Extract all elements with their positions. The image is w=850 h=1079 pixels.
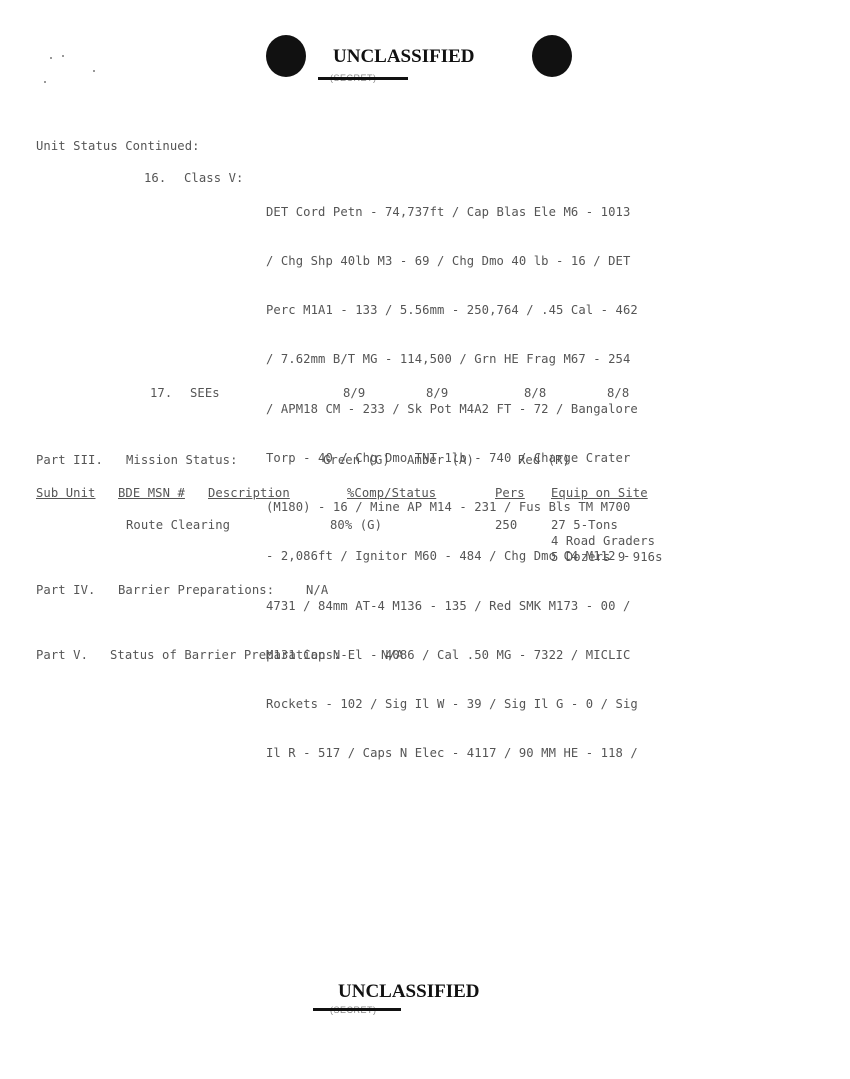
header-strikethrough [318, 77, 408, 80]
row-status: 80% (G) [330, 518, 382, 532]
item16-label: Class V: [184, 171, 244, 185]
row-equip-line: 5 Dozers 9 916s [551, 550, 663, 564]
part3-title: Mission Status: [126, 453, 238, 467]
row-equip-line: 27 5-Tons [551, 518, 618, 532]
row-equip-line: 4 Road Graders [551, 534, 655, 548]
section-title: Unit Status Continued: [36, 139, 200, 153]
col-header-sub-unit: Sub Unit [36, 486, 96, 500]
class-v-line: DET Cord Petn - 74,737ft / Cap Blas Ele … [266, 204, 686, 220]
class-v-line: / APM18 CM - 233 / Sk Pot M4A2 FT - 72 /… [266, 401, 686, 417]
item16-number: 16. [144, 171, 166, 185]
class-v-line: / Chg Shp 40lb M3 - 69 / Chg Dmo 40 lb -… [266, 253, 686, 269]
class-v-line: Perc M1A1 - 133 / 5.56mm - 250,764 / .45… [266, 302, 686, 318]
status-legend-red: Red (R) [518, 453, 570, 467]
col-header-status: %Comp/Status [347, 486, 436, 500]
footer-strikethrough [313, 1008, 401, 1011]
item17-value: 8/8 [607, 386, 629, 400]
class-v-line: / 7.62mm B/T MG - 114,500 / Grn HE Frag … [266, 351, 686, 367]
item17-value: 8/8 [524, 386, 546, 400]
classification-dot-left [266, 35, 306, 77]
scan-speck [44, 81, 46, 83]
footer-classification: UNCLASSIFIED [338, 981, 479, 1003]
item17-value: 8/9 [343, 386, 365, 400]
col-header-pers: Pers [495, 486, 525, 500]
col-header-bde-msn: BDE MSN # [118, 486, 185, 500]
item17-number: 17. [150, 386, 172, 400]
part4-title: Barrier Preparations: [118, 583, 274, 597]
part5-value: N/A [381, 648, 403, 662]
part5-title: Status of Barrier Preparations: [110, 648, 341, 662]
scan-speck [50, 57, 52, 59]
status-legend-green: Green (G) [323, 453, 390, 467]
status-legend-amber: Amber (A) [407, 453, 474, 467]
header-classification: UNCLASSIFIED [333, 46, 474, 68]
row-pers: 250 [495, 518, 517, 532]
class-v-list: DET Cord Petn - 74,737ft / Cap Blas Ele … [266, 171, 686, 778]
class-v-line: 4731 / 84mm AT-4 M136 - 135 / Red SMK M1… [266, 598, 686, 614]
class-v-line: Rockets - 102 / Sig Il W - 39 / Sig Il G… [266, 696, 686, 712]
col-header-description: Description [208, 486, 290, 500]
classification-dot-right [532, 35, 572, 77]
item17-value: 8/9 [426, 386, 448, 400]
part4-label: Part IV. [36, 583, 96, 597]
part4-value: N/A [306, 583, 328, 597]
scan-speck [93, 70, 95, 72]
class-v-line: Il R - 517 / Caps N Elec - 4117 / 90 MM … [266, 745, 686, 761]
class-v-line: (M180) - 16 / Mine AP M14 - 231 / Fus Bl… [266, 499, 686, 515]
item17-label: SEEs [190, 386, 220, 400]
part5-label: Part V. [36, 648, 88, 662]
part3-label: Part III. [36, 453, 103, 467]
scan-speck [62, 55, 64, 57]
row-description: Route Clearing [126, 518, 230, 532]
col-header-equip: Equip on Site [551, 486, 648, 500]
